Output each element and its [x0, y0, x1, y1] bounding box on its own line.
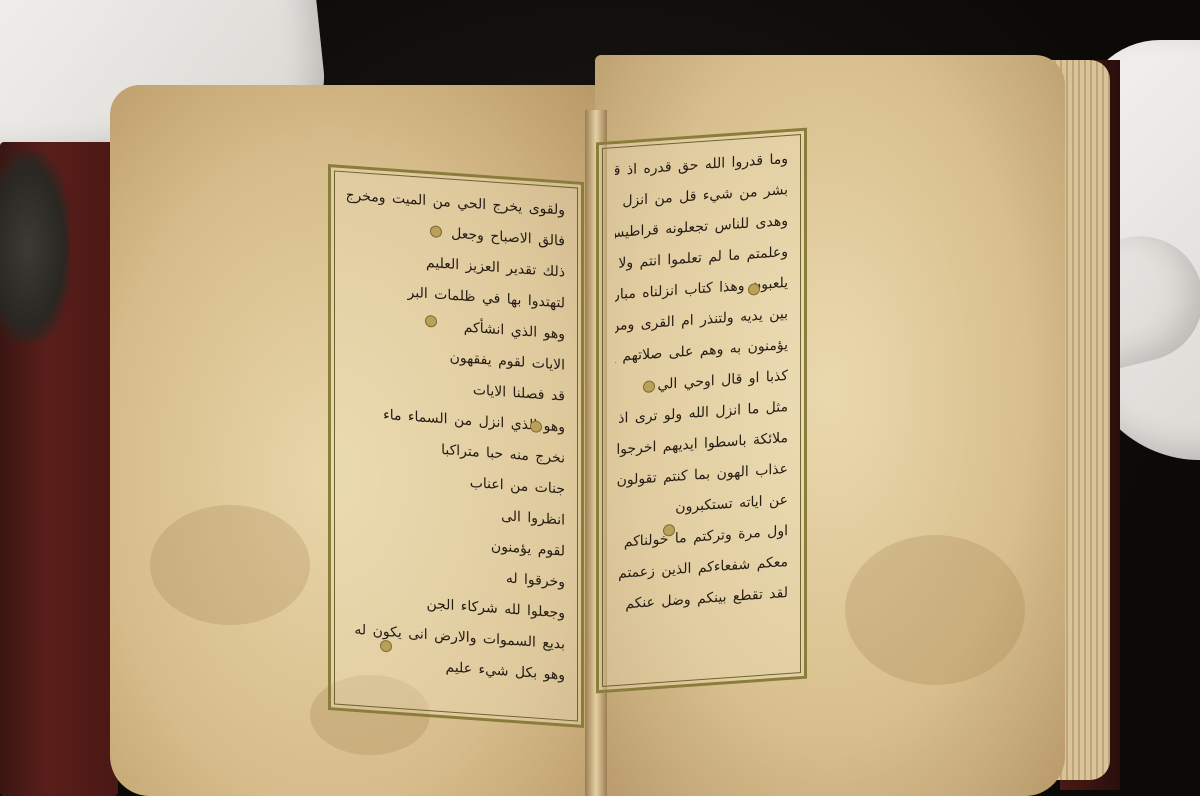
- verse-marker-icon: [431, 226, 441, 237]
- book-cover-left: [0, 142, 118, 796]
- right-calligraphy: وما قدروا الله حق قدره اذ قالوا بشر من ش…: [615, 144, 788, 677]
- left-calligraphy: ولقوى يخرج الحي من الميت ومخرج فالق الاص…: [347, 180, 565, 711]
- verse-marker-icon: [531, 421, 541, 432]
- left-text-panel: ولقوى يخرج الحي من الميت ومخرج فالق الاص…: [328, 164, 584, 728]
- verse-marker-icon: [381, 641, 391, 652]
- verse-marker-icon: [426, 316, 436, 327]
- stain: [845, 535, 1025, 685]
- photo-scene: ولقوى يخرج الحي من الميت ومخرج فالق الاص…: [0, 0, 1200, 796]
- cover-wear: [0, 152, 70, 342]
- stain: [150, 505, 310, 625]
- right-text-panel: وما قدروا الله حق قدره اذ قالوا بشر من ش…: [596, 128, 807, 694]
